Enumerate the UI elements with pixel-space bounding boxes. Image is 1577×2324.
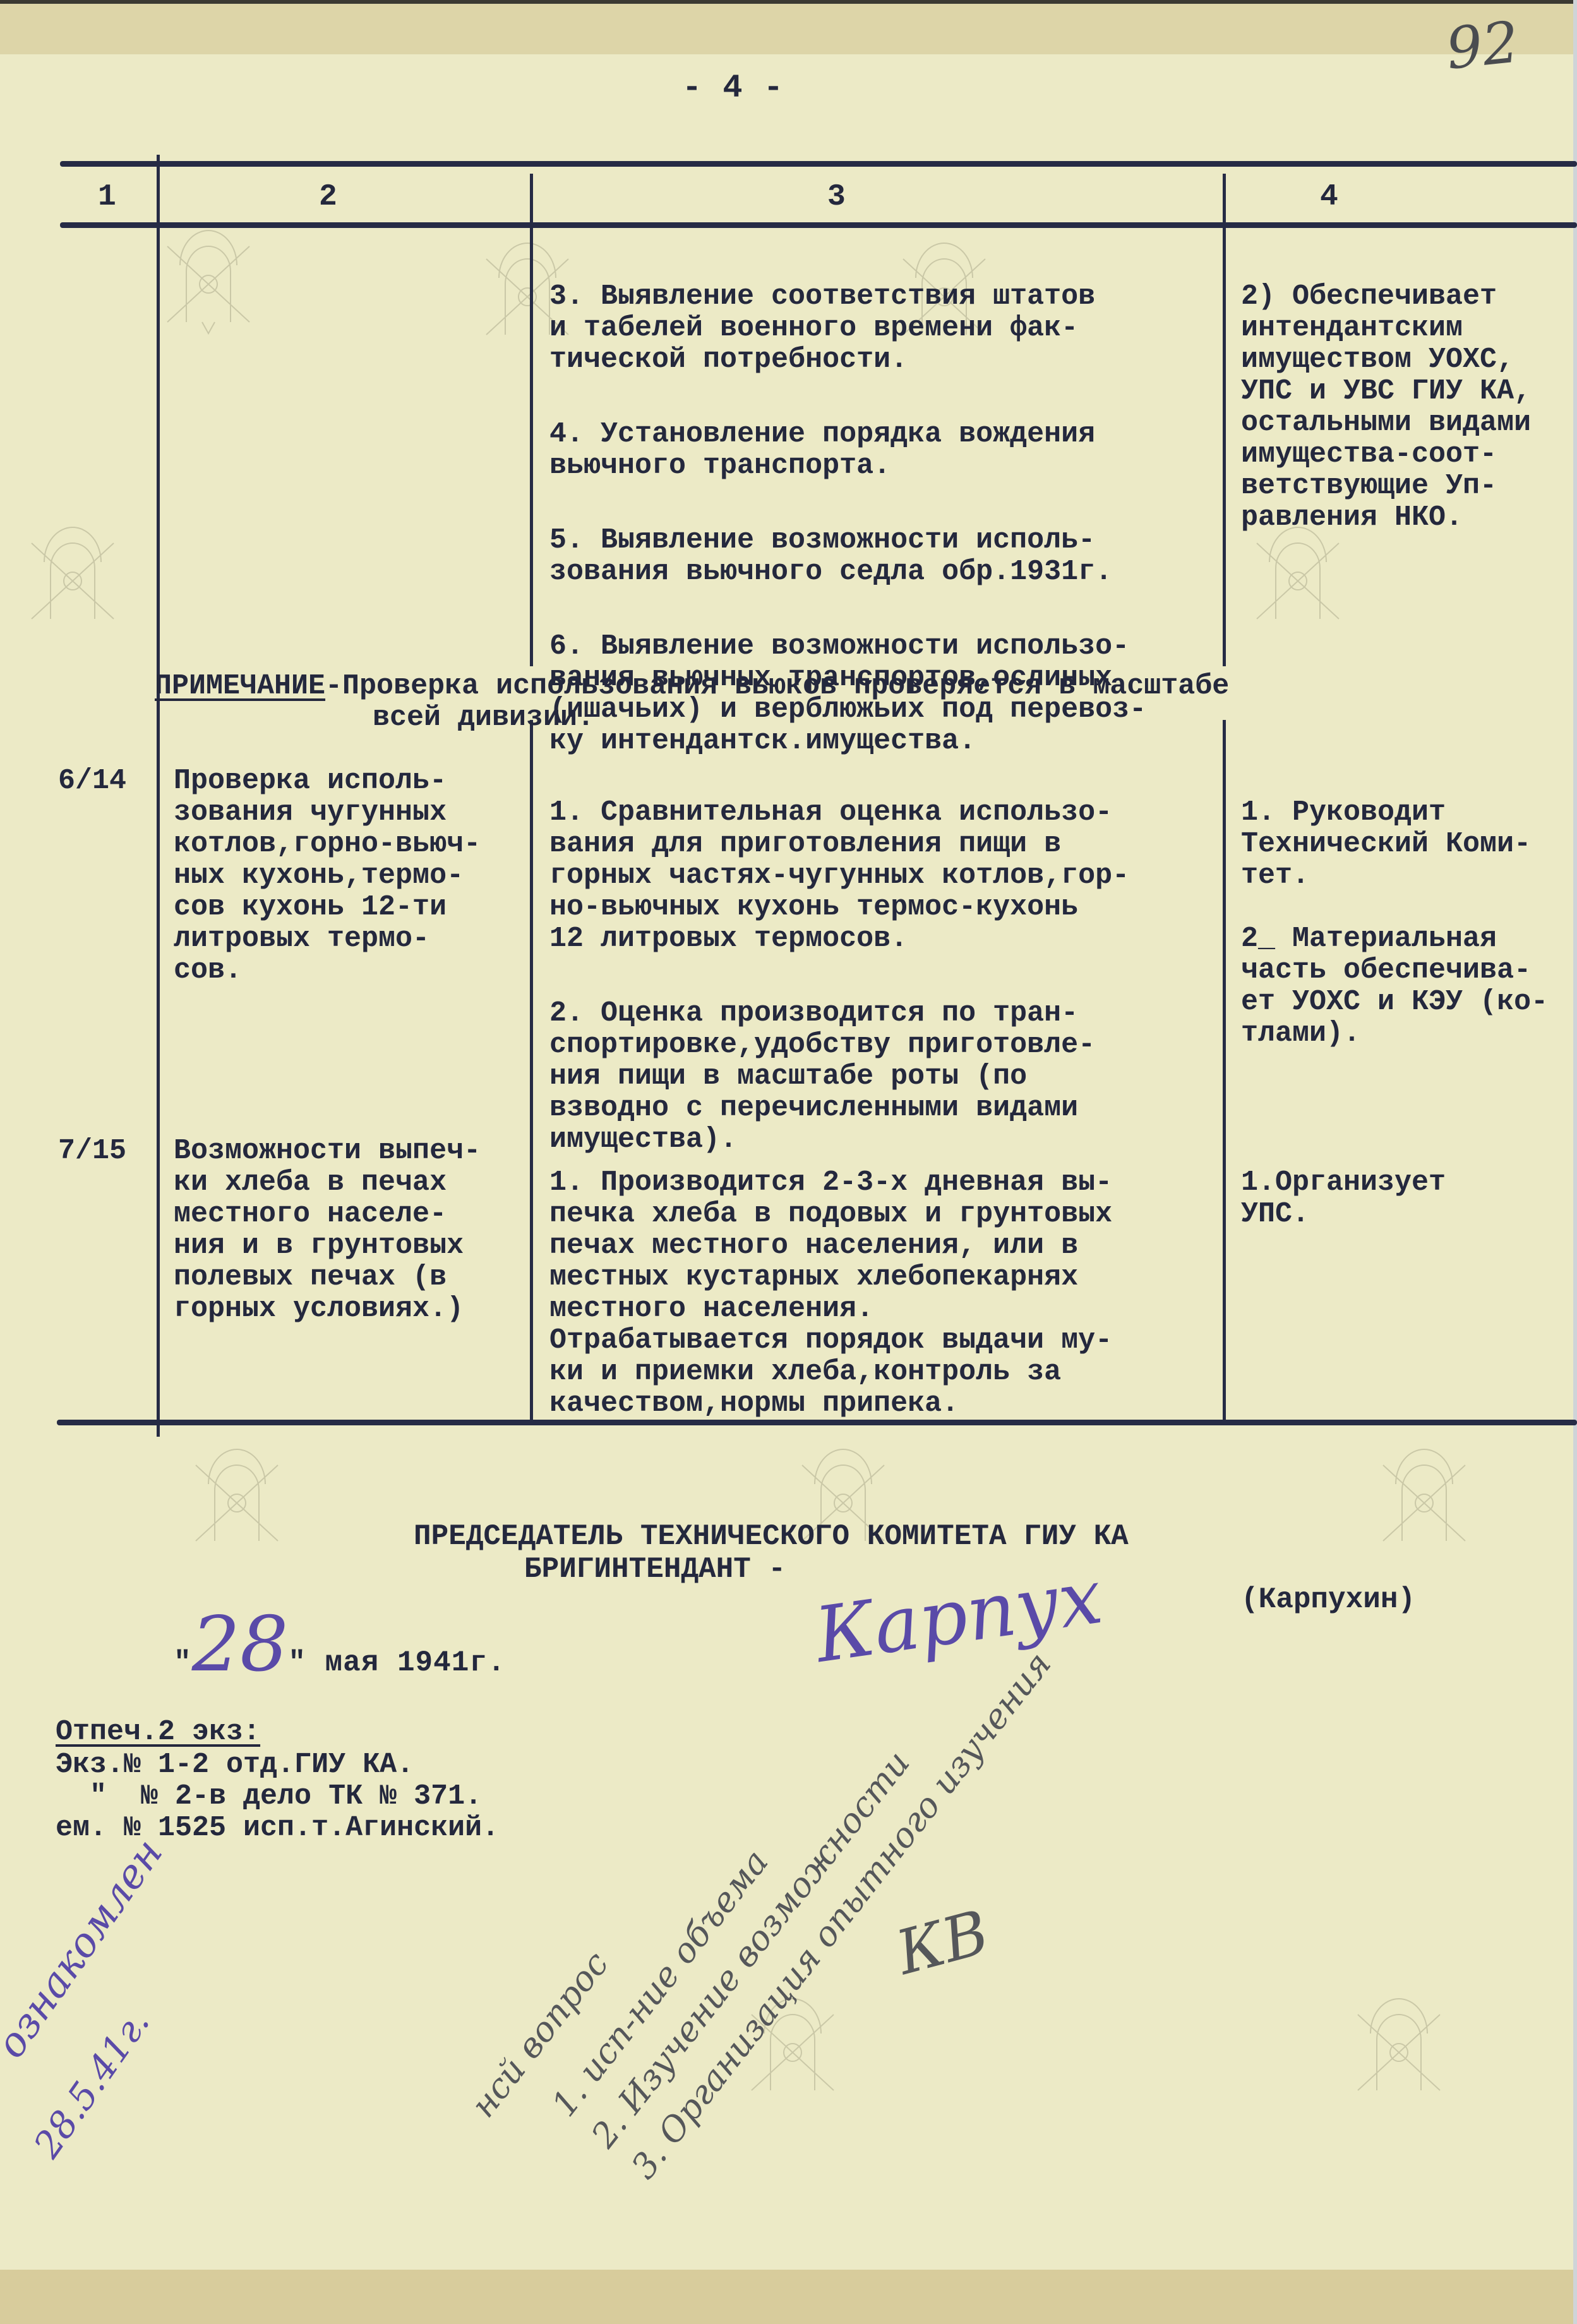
responsible-item: 1.Организует УПС. xyxy=(1241,1167,1576,1230)
distribution-line: " № 2-в дело ТК № 371. xyxy=(56,1781,482,1812)
row-number: 7/15 xyxy=(58,1135,126,1167)
content-item-4: 4. Установление порядка вождения вьючног… xyxy=(549,419,1219,482)
watermark-emblem-icon xyxy=(25,524,120,632)
scan-top-band xyxy=(0,0,1577,54)
table-note: ПРИМЕЧАНИЕ-Проверка использования вьюков… xyxy=(155,671,1576,702)
watermark-emblem-icon xyxy=(1352,1996,1446,2103)
column-header-3: 3 xyxy=(827,180,846,214)
content-item-5: 5. Выявление возможности исполь- зования… xyxy=(549,525,1219,588)
scan-top-edge xyxy=(0,0,1577,4)
distribution-line: Экз.№ 1-2 отд.ГИУ КА. xyxy=(56,1749,414,1781)
date-day-handwritten: 28 xyxy=(192,1601,289,1689)
col-divider-2b xyxy=(530,720,533,1421)
column-header-1: 1 xyxy=(98,180,116,214)
note-label: ПРИМЕЧАНИЕ xyxy=(155,670,325,702)
distribution-line: ем. № 1525 исп.т.Агинский. xyxy=(56,1812,499,1844)
continuation-content-cell: 3. Выявление соответствия штатов и табел… xyxy=(549,249,1219,800)
col-divider-2a xyxy=(530,174,533,666)
row-number: 6/14 xyxy=(58,765,126,797)
responsible-item: 2_ Материальная часть обеспечива- ет УОХ… xyxy=(1241,923,1576,1050)
signatory-title-line1: ПРЕДСЕДАТЕЛЬ ТЕХНИЧЕСКОГО КОМИТЕТА ГИУ К… xyxy=(414,1521,1129,1552)
note-text-line2: всей дивизии. xyxy=(373,702,594,734)
content-item: 1. Производится 2-3-х дневная вы- печка … xyxy=(549,1167,1219,1420)
column-header-2: 2 xyxy=(319,180,337,214)
page-number: - 4 - xyxy=(682,69,784,107)
col-divider-3a xyxy=(1223,174,1226,666)
row-responsible: 1. Руководит Технический Коми- тет. 2_ М… xyxy=(1241,765,1576,1093)
table-top-rule xyxy=(60,161,1577,167)
watermark-emblem-icon xyxy=(161,227,256,335)
signatory-name: (Карпухин) xyxy=(1241,1584,1415,1615)
row-content: 1. Производится 2-3-х дневная вы- печка … xyxy=(549,1135,1219,1463)
content-item-3: 3. Выявление соответствия штатов и табел… xyxy=(549,281,1219,376)
scan-bottom-band xyxy=(0,2270,1577,2324)
responsible-item-2: 2) Обеспечивает интендантским имуществом… xyxy=(1241,281,1576,534)
date-close-quote: " xyxy=(288,1646,306,1679)
column-header-4: 4 xyxy=(1320,180,1338,214)
col-divider-1 xyxy=(157,155,160,1437)
row-responsible: 1.Организует УПС. xyxy=(1241,1135,1576,1273)
responsible-item: 1. Руководит Технический Коми- тет. xyxy=(1241,797,1576,892)
continuation-responsible-cell: 2) Обеспечивает интендантским имуществом… xyxy=(1241,249,1576,577)
watermark-emblem-icon xyxy=(1377,1446,1472,1554)
content-item: 1. Сравнительная оценка использо- вания … xyxy=(549,797,1219,955)
content-item: 2. Оценка производится по тран- спортиро… xyxy=(549,998,1219,1156)
distribution-heading: Отпеч.2 экз: xyxy=(56,1716,260,1748)
watermark-emblem-icon xyxy=(189,1446,284,1554)
table-header-rule xyxy=(60,222,1577,228)
row-content: 1. Сравнительная оценка использо- вания … xyxy=(549,765,1219,1199)
date-open-quote: " xyxy=(174,1646,192,1679)
row-subject: Возможности выпеч- ки хлеба в печах мест… xyxy=(174,1135,527,1325)
note-text: -Проверка использования вьюков проверяет… xyxy=(325,670,1229,702)
document-date: "28" мая 1941г. xyxy=(174,1601,506,1689)
folio-number: 92 xyxy=(1443,9,1522,82)
date-month-year: мая 1941г. xyxy=(325,1646,506,1679)
col-divider-3b xyxy=(1223,720,1226,1421)
row-subject: Проверка исполь- зования чугунных котлов… xyxy=(174,765,527,986)
